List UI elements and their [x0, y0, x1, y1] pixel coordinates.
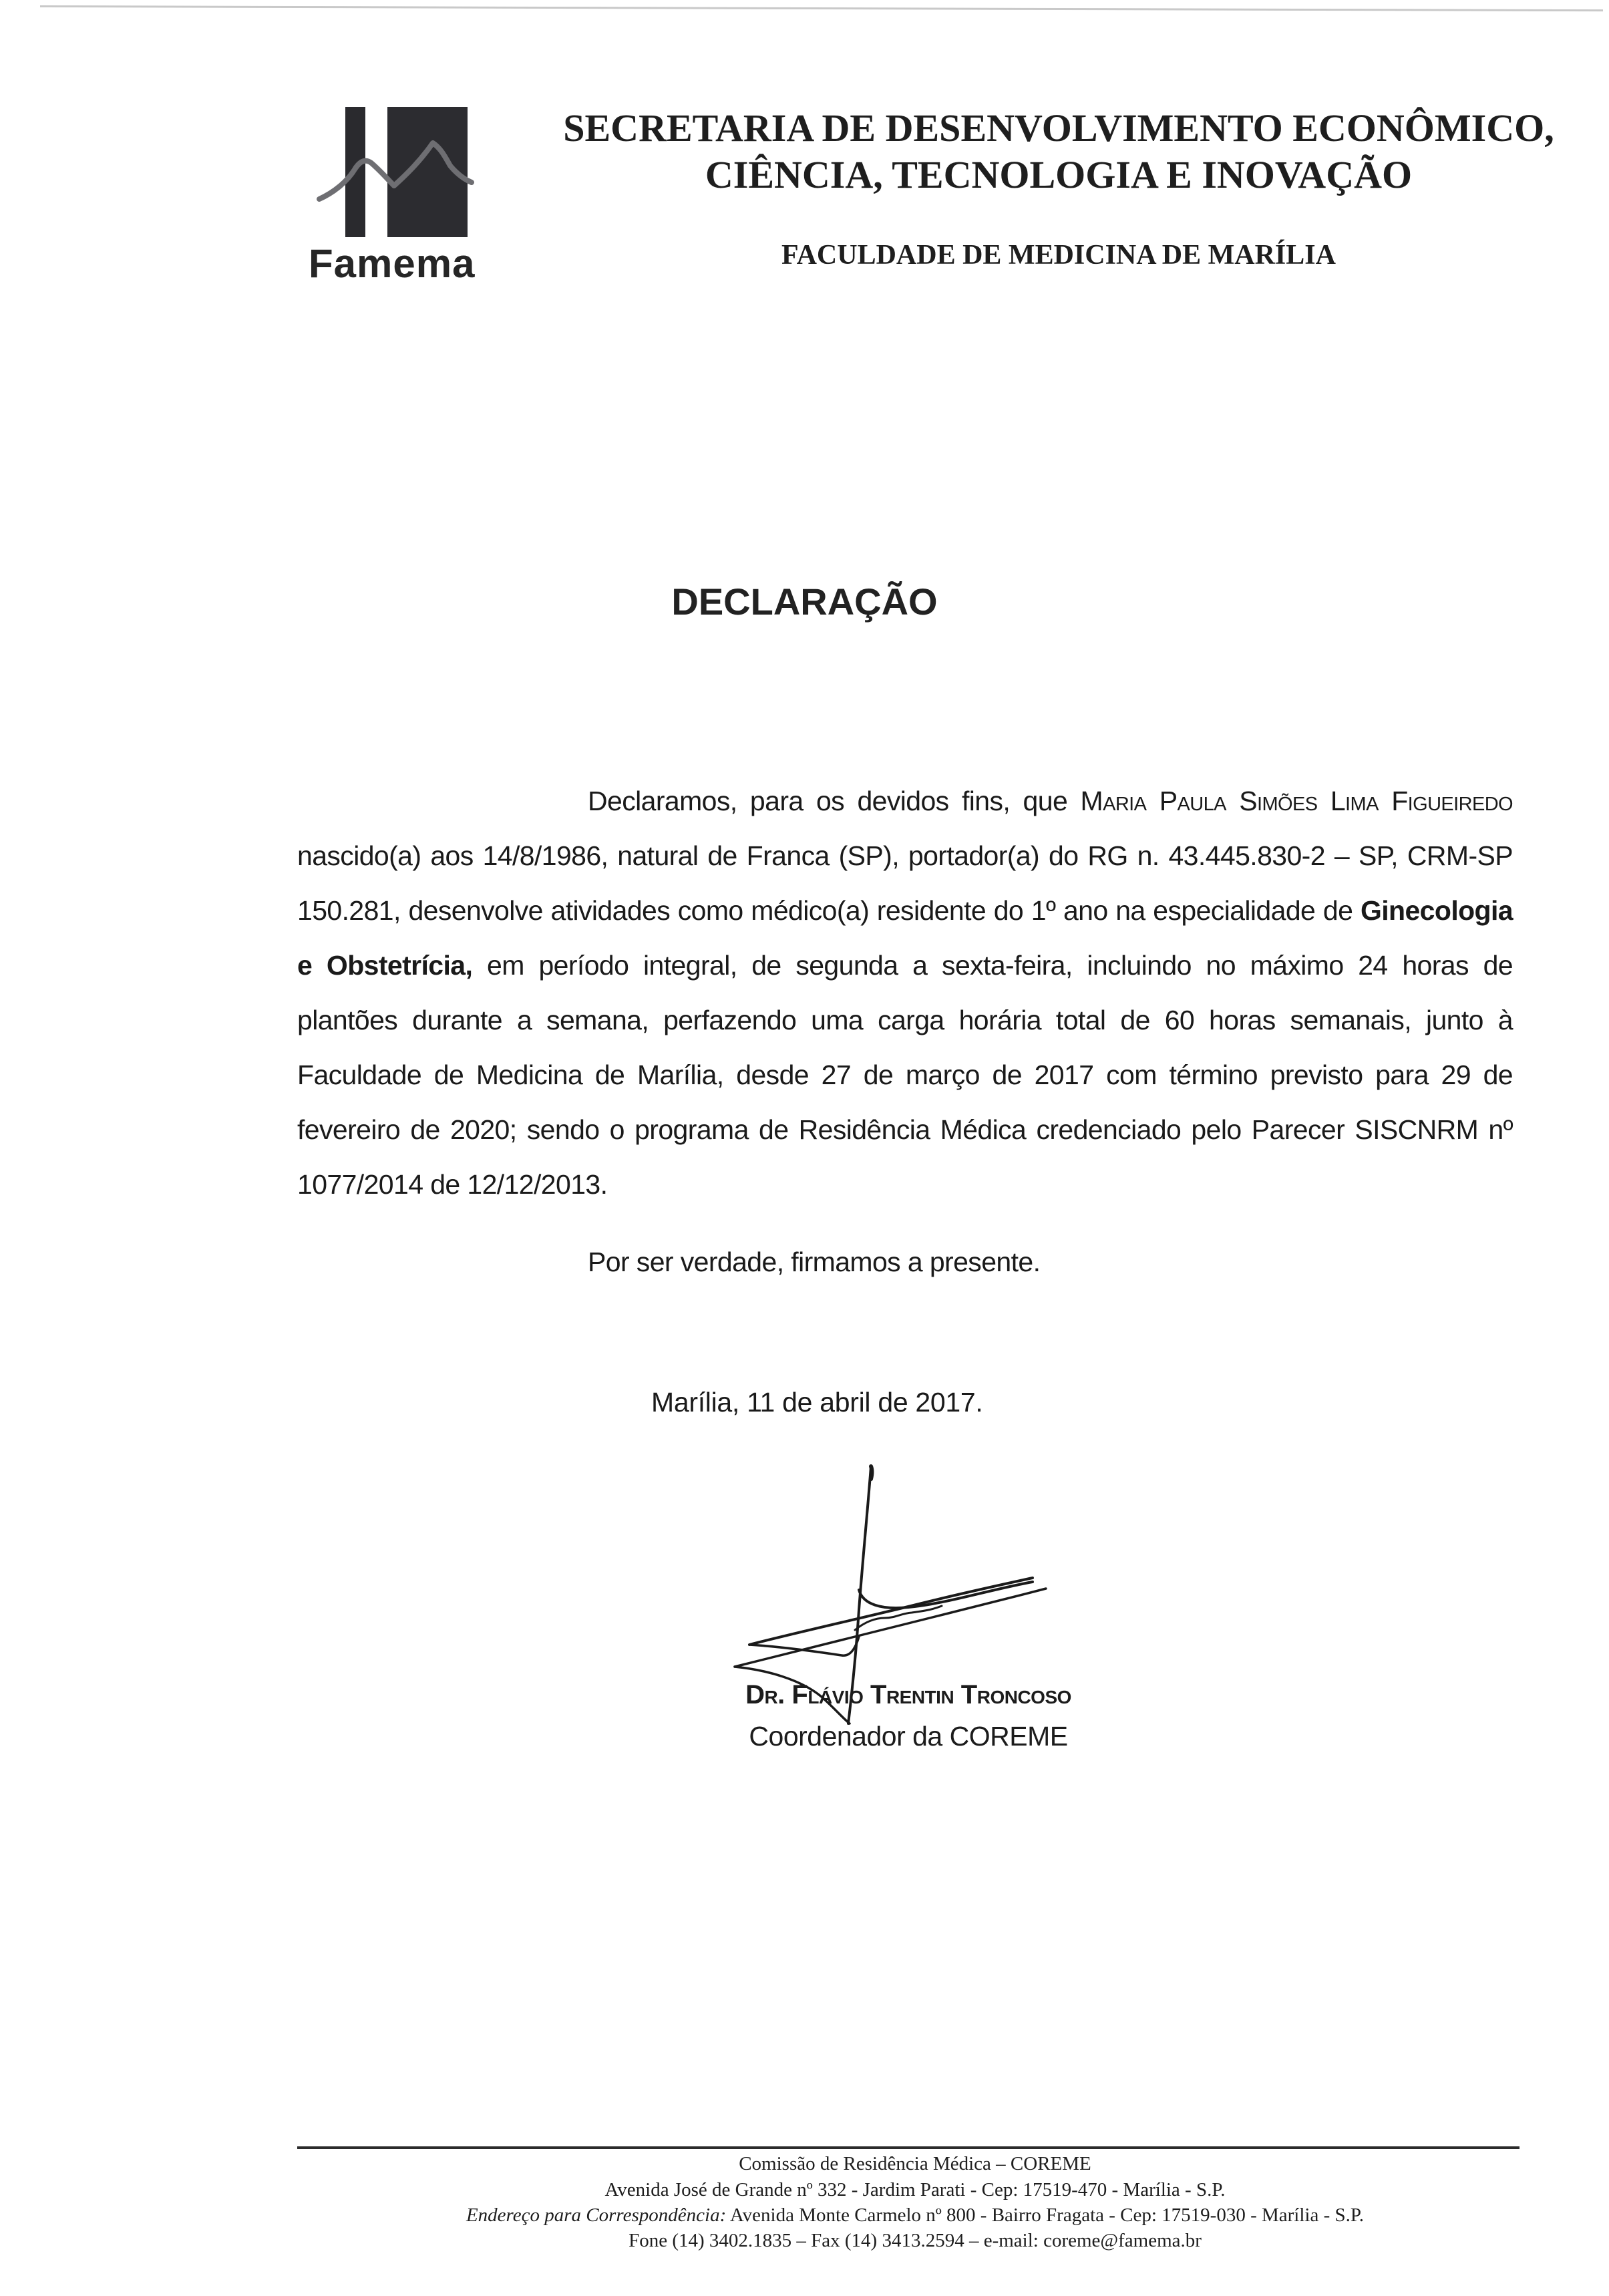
signatory-role: Coordenador da COREME	[668, 1721, 1149, 1752]
mountain-icon	[314, 107, 508, 240]
paragraph-intro: Declaramos, para os devidos fins, que	[588, 786, 1067, 816]
header-faculty: FACULDADE DE MEDICINA DE MARÍLIA	[528, 239, 1590, 271]
scan-edge-line	[40, 5, 1603, 11]
header-secretariat-line2: CIÊNCIA, TECNOLOGIA E INOVAÇÃO	[528, 152, 1590, 197]
logo-wordmark: Famema	[309, 240, 509, 287]
footer-correspondence-label: Endereço para Correspondência:	[466, 2204, 726, 2226]
footer-address: Avenida José de Grande nº 332 - Jardim P…	[281, 2179, 1550, 2201]
famema-logo: Famema	[314, 107, 508, 287]
person-name: Maria Paula Simões Lima Figueiredo	[1081, 786, 1513, 816]
footer-correspondence-address: Avenida Monte Carmelo nº 800 - Bairro Fr…	[730, 2204, 1364, 2226]
paragraph-rest: em período integral, de segunda a sexta-…	[297, 950, 1513, 1200]
document-title: DECLARAÇÃO	[0, 580, 1609, 623]
footer-correspondence: Endereço para Correspondência: Avenida M…	[281, 2204, 1550, 2227]
header-secretariat-line1: SECRETARIA DE DESENVOLVIMENTO ECONÔMICO,	[528, 106, 1590, 150]
closing-statement: Por ser verdade, firmamos a presente.	[588, 1235, 1040, 1289]
declaration-paragraph: Declaramos, para os devidos fins, que Ma…	[297, 774, 1513, 1212]
footer-committee: Comissão de Residência Médica – COREME	[281, 2153, 1550, 2175]
footer-divider	[297, 2146, 1519, 2149]
signatory-name: Dr. Flávio Trentin Troncoso	[668, 1680, 1149, 1710]
footer-contact: Fone (14) 3402.1835 – Fax (14) 3413.2594…	[281, 2230, 1550, 2252]
paragraph-details: nascido(a) aos 14/8/1986, natural de Fra…	[297, 840, 1513, 926]
